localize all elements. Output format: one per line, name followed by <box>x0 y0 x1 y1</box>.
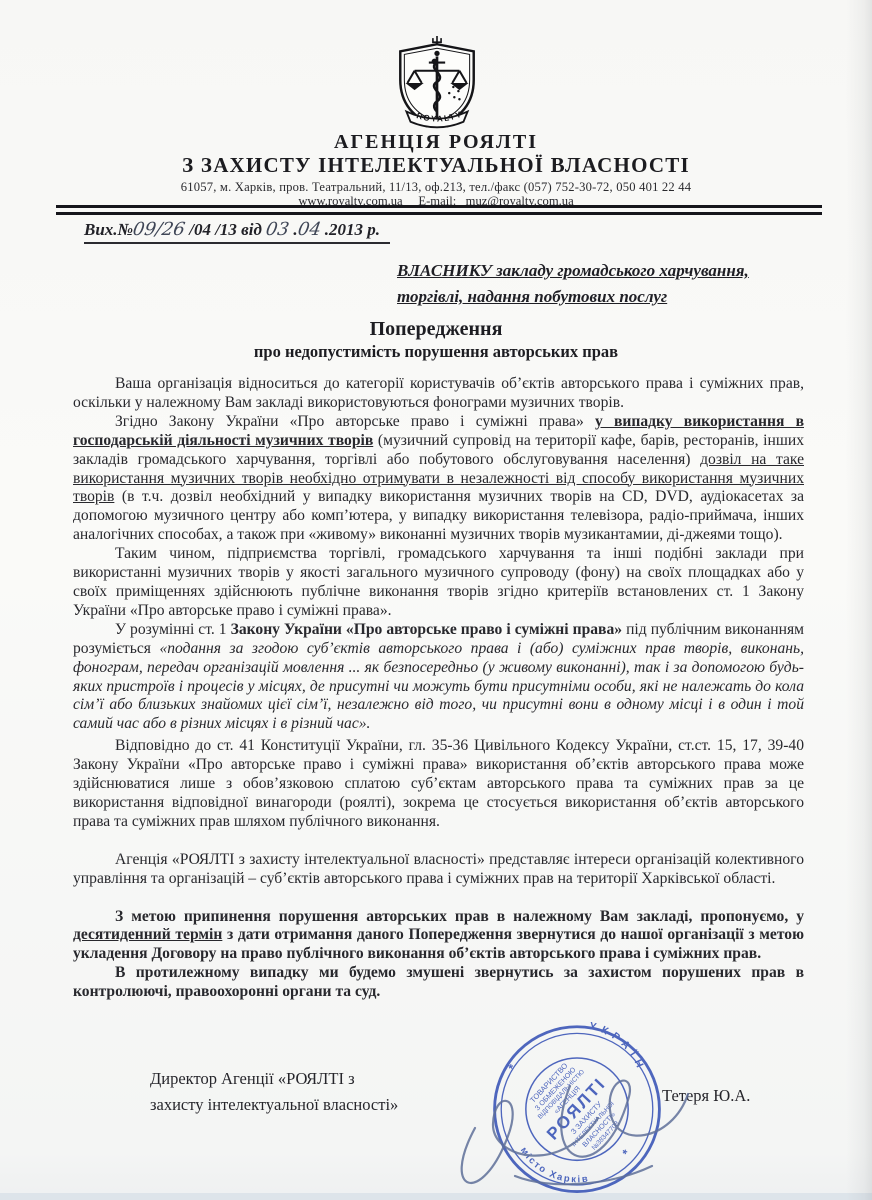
paragraph-5: Відповідно до ст. 41 Конституції України… <box>73 737 804 832</box>
text-run: (в т.ч. дозвіл необхідний у випадку вико… <box>73 488 804 543</box>
org-name-line2: З ЗАХИСТУ ІНТЕЛЕКТУАЛЬНОЇ ВЛАСНОСТІ <box>0 153 872 178</box>
outgoing-reference-line: Вих.№09/26 /04 /13 від 03 .04 .2013 р. <box>84 219 390 244</box>
paragraph-2: Згідно Закону України «Про авторське пра… <box>73 413 804 545</box>
header-divider <box>56 205 822 215</box>
paragraph-8: В протилежному випадку ми будемо змушені… <box>73 964 804 1002</box>
ref-day-handwritten: 03 <box>265 219 291 240</box>
text-run: У розумінні ст. 1 <box>115 621 231 638</box>
addressee-line1: ВЛАСНИКУ закладу громадського харчування… <box>397 261 749 280</box>
paragraph-1: Ваша організація відноситься до категорі… <box>73 375 804 413</box>
text-run-bold-underline: десятиденний термін <box>73 926 222 943</box>
text-run: Згідно Закону України «Про авторське пра… <box>115 413 595 430</box>
document-subtitle: про недопустимість порушення авторських … <box>0 342 872 362</box>
text-run: Агенція «РОЯЛТІ з захисту інтелектуально… <box>73 851 804 887</box>
text-run-bold: Закону України «Про авторське право і су… <box>231 621 622 638</box>
text-run: Таким чином, підприємства торгівлі, гром… <box>73 545 804 619</box>
text-run: Відповідно до ст. 41 Конституції України… <box>73 737 804 830</box>
ref-printed-mid: /04 /13 від <box>185 220 266 239</box>
text-run-bold: В протилежному випадку ми будемо змушені… <box>73 964 804 1000</box>
royalty-crest-logo: ROYALTY <box>388 34 486 136</box>
org-address: 61057, м. Харків, пров. Театральний, 11/… <box>0 180 872 195</box>
paragraph-7: З метою припинення порушення авторських … <box>73 908 804 965</box>
text-run-bold: З метою припинення порушення авторських … <box>115 908 804 925</box>
handwritten-signature <box>420 1058 720 1200</box>
paragraph-3: Таким чином, підприємства торгівлі, гром… <box>73 545 804 621</box>
signatory-title-block: Директор Агенції «РОЯЛТІ з захисту інтел… <box>150 1066 398 1118</box>
addressee-block: ВЛАСНИКУ закладу громадського харчування… <box>397 258 809 310</box>
org-name-line1: АГЕНЦІЯ РОЯЛТІ <box>0 131 872 154</box>
addressee-line2: торгівлі, надання побутових послуг <box>397 287 667 306</box>
ref-tail: .2013 р. <box>321 220 381 239</box>
document-title: Попередження <box>0 318 872 341</box>
ref-prefix: Вих.№ <box>84 220 133 239</box>
scan-bottom-edge <box>0 1193 872 1200</box>
scanned-letter-page: ROYALTY АГЕНЦІЯ РОЯЛТІ З ЗАХИСТУ ІНТЕЛЕК… <box>0 0 872 1200</box>
signatory-title-line1: Директор Агенції «РОЯЛТІ з <box>150 1069 355 1088</box>
ref-month-handwritten: 04 <box>296 219 322 240</box>
ref-number-handwritten: 09/26 <box>131 219 186 240</box>
text-run: Ваша організація відноситься до категорі… <box>73 375 804 411</box>
text-run-italic-quote: «подання за згодою суб’єктів авторського… <box>73 640 804 733</box>
letter-body: Ваша організація відноситься до категорі… <box>73 375 804 1002</box>
paragraph-6: Агенція «РОЯЛТІ з захисту інтелектуально… <box>73 851 804 889</box>
paragraph-4: У розумінні ст. 1 Закону України «Про ав… <box>73 621 804 734</box>
signatory-title-line2: захисту інтелектуальної власності» <box>150 1095 398 1114</box>
